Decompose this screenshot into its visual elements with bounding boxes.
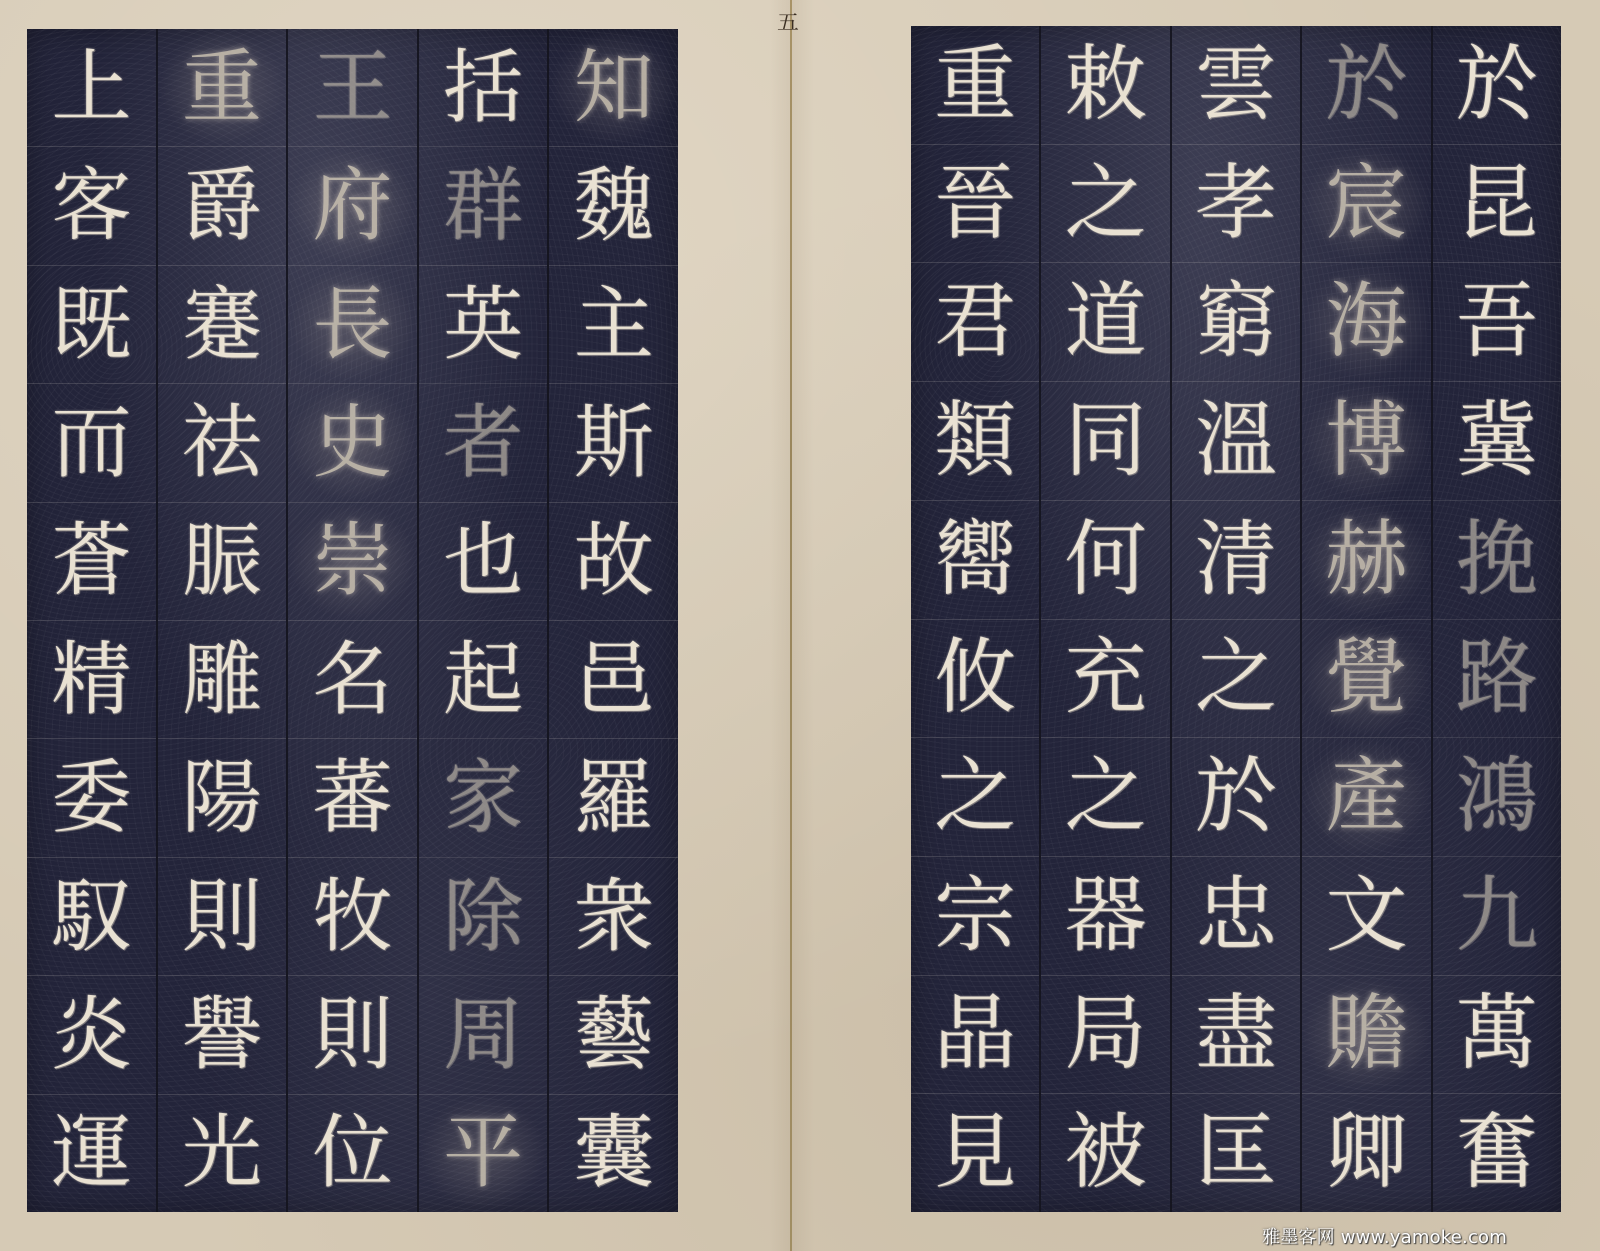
character-cell: 陽 — [158, 738, 287, 856]
character-cell: 類 — [911, 381, 1039, 500]
character-cell: 產 — [1302, 737, 1430, 856]
character-cell: 羅 — [549, 738, 678, 856]
character-cell: 名 — [288, 620, 417, 738]
character-cell: 溫 — [1172, 381, 1300, 500]
character-cell: 何 — [1041, 500, 1169, 619]
character-cell: 器 — [1041, 856, 1169, 975]
character-cell: 者 — [419, 383, 548, 501]
character-cell: 盡 — [1172, 975, 1300, 1094]
character-cell: 匡 — [1172, 1093, 1300, 1212]
character-cell: 宗 — [911, 856, 1039, 975]
character-cell: 君 — [911, 262, 1039, 381]
character-cell: 奮 — [1433, 1093, 1561, 1212]
character-cell: 起 — [419, 620, 548, 738]
character-cell: 昆 — [1433, 144, 1561, 263]
character-cell: 邑 — [549, 620, 678, 738]
binding-shadow — [770, 0, 814, 1251]
text-column: 上 客 既 而 蒼 精 委 馭 炎 運 — [27, 29, 156, 1212]
character-cell: 精 — [27, 620, 156, 738]
character-cell: 炎 — [27, 975, 156, 1093]
text-column: 雲 孝 窮 溫 清 之 於 忠 盡 匡 — [1170, 26, 1300, 1212]
character-cell: 於 — [1172, 737, 1300, 856]
character-cell: 道 — [1041, 262, 1169, 381]
character-cell: 則 — [158, 857, 287, 975]
character-cell: 則 — [288, 975, 417, 1093]
character-cell: 平 — [419, 1094, 548, 1212]
character-cell: 晉 — [911, 144, 1039, 263]
character-cell: 也 — [419, 502, 548, 620]
character-cell: 忠 — [1172, 856, 1300, 975]
character-cell: 贍 — [1302, 975, 1430, 1094]
character-cell: 光 — [158, 1094, 287, 1212]
character-cell: 之 — [1041, 737, 1169, 856]
character-cell: 萬 — [1433, 975, 1561, 1094]
character-cell: 藝 — [549, 975, 678, 1093]
character-cell: 衆 — [549, 857, 678, 975]
folio-mark: 五 — [777, 6, 799, 35]
text-column: 重 爵 蹇 祛 脤 雕 陽 則 譽 光 — [156, 29, 287, 1212]
character-cell: 而 — [27, 383, 156, 501]
text-column: 重 晉 君 類 嚮 攸 之 宗 晶 見 — [911, 26, 1039, 1212]
character-cell: 府 — [288, 146, 417, 264]
character-cell: 被 — [1041, 1093, 1169, 1212]
character-cell: 充 — [1041, 619, 1169, 738]
character-cell: 於 — [1433, 26, 1561, 144]
character-cell: 九 — [1433, 856, 1561, 975]
character-cell: 重 — [158, 29, 287, 146]
character-cell: 委 — [27, 738, 156, 856]
character-cell: 之 — [1041, 144, 1169, 263]
character-cell: 清 — [1172, 500, 1300, 619]
character-cell: 群 — [419, 146, 548, 264]
character-cell: 局 — [1041, 975, 1169, 1094]
character-cell: 魏 — [549, 146, 678, 264]
character-cell: 嚮 — [911, 500, 1039, 619]
character-cell: 宸 — [1302, 144, 1430, 263]
character-cell: 上 — [27, 29, 156, 146]
character-cell: 晶 — [911, 975, 1039, 1094]
character-cell: 英 — [419, 265, 548, 383]
character-cell: 敕 — [1041, 26, 1169, 144]
character-cell: 攸 — [911, 619, 1039, 738]
character-cell: 王 — [288, 29, 417, 146]
character-cell: 海 — [1302, 262, 1430, 381]
character-cell: 之 — [1172, 619, 1300, 738]
character-cell: 除 — [419, 857, 548, 975]
character-cell: 覺 — [1302, 619, 1430, 738]
character-cell: 譽 — [158, 975, 287, 1093]
character-cell: 括 — [419, 29, 548, 146]
character-cell: 客 — [27, 146, 156, 264]
character-cell: 博 — [1302, 381, 1430, 500]
character-cell: 史 — [288, 383, 417, 501]
character-cell: 家 — [419, 738, 548, 856]
character-cell: 鴻 — [1433, 737, 1561, 856]
left-rubbing-page: 知 魏 主 斯 故 邑 羅 衆 藝 囊 括 群 英 者 也 起 家 除 周 平 … — [27, 29, 678, 1212]
text-column: 於 宸 海 博 赫 覺 產 文 贍 卿 — [1300, 26, 1430, 1212]
character-cell: 主 — [549, 265, 678, 383]
character-cell: 窮 — [1172, 262, 1300, 381]
character-cell: 崇 — [288, 502, 417, 620]
character-cell: 囊 — [549, 1094, 678, 1212]
text-column: 知 魏 主 斯 故 邑 羅 衆 藝 囊 — [547, 29, 678, 1212]
character-cell: 卿 — [1302, 1093, 1430, 1212]
character-cell: 重 — [911, 26, 1039, 144]
character-cell: 雕 — [158, 620, 287, 738]
character-cell: 爵 — [158, 146, 287, 264]
right-page-columns: 於 昆 吾 冀 挽 路 鴻 九 萬 奮 於 宸 海 博 赫 覺 產 文 贍 卿 … — [911, 26, 1561, 1212]
character-cell: 雲 — [1172, 26, 1300, 144]
character-cell: 既 — [27, 265, 156, 383]
character-cell: 赫 — [1302, 500, 1430, 619]
character-cell: 路 — [1433, 619, 1561, 738]
text-column: 括 群 英 者 也 起 家 除 周 平 — [417, 29, 548, 1212]
character-cell: 斯 — [549, 383, 678, 501]
character-cell: 牧 — [288, 857, 417, 975]
character-cell: 之 — [911, 737, 1039, 856]
character-cell: 知 — [549, 29, 678, 146]
character-cell: 蹇 — [158, 265, 287, 383]
character-cell: 運 — [27, 1094, 156, 1212]
right-rubbing-page: 於 昆 吾 冀 挽 路 鴻 九 萬 奮 於 宸 海 博 赫 覺 產 文 贍 卿 … — [911, 26, 1561, 1212]
text-column: 王 府 長 史 崇 名 蕃 牧 則 位 — [286, 29, 417, 1212]
character-cell: 蒼 — [27, 502, 156, 620]
character-cell: 馭 — [27, 857, 156, 975]
character-cell: 故 — [549, 502, 678, 620]
character-cell: 於 — [1302, 26, 1430, 144]
character-cell: 同 — [1041, 381, 1169, 500]
character-cell: 蕃 — [288, 738, 417, 856]
text-column: 敕 之 道 同 何 充 之 器 局 被 — [1039, 26, 1169, 1212]
character-cell: 文 — [1302, 856, 1430, 975]
character-cell: 祛 — [158, 383, 287, 501]
binding-gutter-line — [790, 0, 792, 1251]
character-cell: 見 — [911, 1093, 1039, 1212]
character-cell: 孝 — [1172, 144, 1300, 263]
character-cell: 長 — [288, 265, 417, 383]
character-cell: 吾 — [1433, 262, 1561, 381]
character-cell: 周 — [419, 975, 548, 1093]
text-column: 於 昆 吾 冀 挽 路 鴻 九 萬 奮 — [1431, 26, 1561, 1212]
character-cell: 冀 — [1433, 381, 1561, 500]
left-page-columns: 知 魏 主 斯 故 邑 羅 衆 藝 囊 括 群 英 者 也 起 家 除 周 平 … — [27, 29, 678, 1212]
site-watermark: 雅墨客网 www.yamoke.com — [1262, 1223, 1507, 1249]
character-cell: 脤 — [158, 502, 287, 620]
character-cell: 挽 — [1433, 500, 1561, 619]
character-cell: 位 — [288, 1094, 417, 1212]
